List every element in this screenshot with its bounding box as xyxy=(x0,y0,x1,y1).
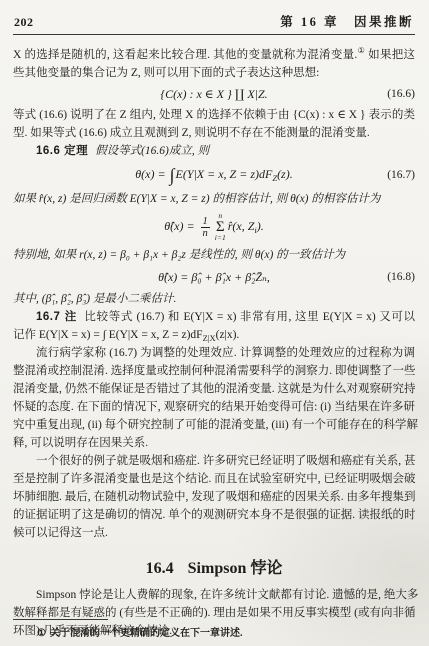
math-run: (z). xyxy=(277,167,293,181)
equation-body: θ̂(x) = β̂₀ + β̂₁x + β̂₂Z̄ₙ, xyxy=(57,270,371,285)
footnote-area: ①关于混淆的一个更精确的定义在下一章讲述. xyxy=(13,619,415,639)
equation-body: {C(x) : x ∈ X } ∐ X|Z. xyxy=(57,87,371,102)
equation-body: θ̂(x) = 1nnΣi=1r̂(x, Zi). xyxy=(13,212,415,242)
equation-estimator-sum: θ̂(x) = 1nnΣi=1r̂(x, Zi). xyxy=(13,208,415,246)
note-paragraph: 16.7 注比较等式 (16.7) 和 E(Y|X = x) 非常有用, 这里 … xyxy=(13,308,415,344)
fraction: 1n xyxy=(201,216,210,239)
fraction-denominator: n xyxy=(201,228,210,239)
chapter-title: 第 16 章 因果推断 xyxy=(280,12,414,30)
footnote-marker-ref: ① xyxy=(357,46,365,55)
footnote-text: 关于混淆的一个更精确的定义在下一章讲述. xyxy=(50,628,243,639)
math-lhs: θ(x) = xyxy=(135,167,168,181)
paragraph-smoking: 一个很好的例子就是吸烟和癌症. 许多研究已经证明了吸烟和癌症有关系, 甚 至是控… xyxy=(13,452,415,542)
math-subscript: Z|X xyxy=(203,333,216,343)
paragraph-line: 等式 (16.6) 说明了在 Z 组内, 处理 X 的选择不依赖于由 {C(x)… xyxy=(13,106,415,124)
paragraph-line: 整混淆或控制混淆. 选择度量或控制何种混淆需要科学的洞察力. 即使调整了一些 xyxy=(13,362,415,380)
theorem-label: 16.6 定理 xyxy=(36,145,88,157)
paragraph-line: 些其他变量的集合记为 Z, 则可以用下面的式子表达这种思想: xyxy=(13,64,415,82)
note-line: 16.7 注比较等式 (16.7) 和 E(Y|X = x) 非常有用, 这里 … xyxy=(13,308,415,326)
paragraph-line: 混淆变量, 仍然不能保证是否错过了其他的混淆变量. 这就是为什么对观察研究持 xyxy=(13,380,415,398)
paragraph-line: 的证据证明了这是确切的情况. 单个的观测研究本身不是很强的证据. 读报纸的时 xyxy=(13,506,415,524)
summation: nΣi=1 xyxy=(215,212,226,242)
theorem-text: 假设等式(16.6)成立, 则 xyxy=(95,145,209,157)
section-title: Simpson 悖论 xyxy=(188,560,283,577)
paragraph-line: 释, 可以说明存在因果关系. xyxy=(13,434,415,452)
footnote-text-line: ①关于混淆的一个更精确的定义在下一章讲述. xyxy=(13,624,415,639)
sigma-sign: Σ xyxy=(216,220,225,234)
equation-16-8: θ̂(x) = β̂₀ + β̂₁x + β̂₂Z̄ₙ, (16.8) xyxy=(13,264,415,290)
section-number: 16.4 xyxy=(146,560,174,577)
paragraph-special-line: 特别地, 如果 r(x, z) = β₀ + β₁x + β₂z 是线性的, 则… xyxy=(13,246,415,264)
paragraph-line: Simpson 悖论是让人费解的现象, 在许多统计文献都有讨论. 遗憾的是, 绝… xyxy=(13,586,415,604)
math-run: E(Y|X = x, Z = z)dF xyxy=(176,167,273,181)
math-lhs: θ̂(x) = xyxy=(164,219,197,233)
paragraph-line: 型. 如果等式 (16.6) 成立且观测到 Z, 则说明不存在不能测量的混淆变量… xyxy=(13,124,415,142)
footnote-rule xyxy=(13,619,108,620)
page-content: 202 第 16 章 因果推断 X 的选择是随机的, 这看起来比较合理. 其他的… xyxy=(0,0,429,640)
math-run: ). xyxy=(257,219,264,233)
theorem-body-line: 如果 r̂(x, z) 是回归函数 E(Y|X = x, Z = z) 的相容估… xyxy=(13,190,415,208)
paragraph-line: 一个很好的例子就是吸烟和癌症. 许多研究已经证明了吸烟和癌症有关系, 甚 xyxy=(13,452,415,470)
text-run: 如果把这 xyxy=(365,49,415,61)
paragraph-line: 候可以记得这一点. xyxy=(13,524,415,542)
equation-number: (16.6) xyxy=(371,88,415,100)
text-run: (z|x). xyxy=(216,329,240,341)
equation-number: (16.8) xyxy=(371,271,415,283)
integral-sign: ∫ xyxy=(169,165,176,185)
paragraph-line: 坏肺细胞. 最后, 在随机动物试验中, 发现了吸烟和癌症的因果关系. 由多年搜集… xyxy=(13,488,415,506)
paragraph-line: 至是控制了许多混淆变量也是这个结论. 而且在试验室研究中, 已经证明吸烟会破 xyxy=(13,470,415,488)
footnote-marker: ① xyxy=(37,628,46,639)
paragraph-line: 流行病学家称 (16.7) 为调整的处理效应. 计算调整的处理效应的过程称为调 xyxy=(13,344,415,362)
paragraph-line: 怀疑的态度. 在下面的情况下, 观察研究的结果开始变得可信: (i) 当结果在许… xyxy=(13,398,415,416)
page-header: 202 第 16 章 因果推断 xyxy=(13,10,415,35)
text-run: 比较等式 (16.7) 和 E(Y|X = x) 非常有用, 这里 E(Y|X … xyxy=(84,311,415,323)
section-heading: 16.4Simpson 悖论 xyxy=(13,555,415,578)
note-line: 记作 E(Y|X = x) = ∫ E(Y|X = x, Z = z)dFZ|X… xyxy=(13,326,415,344)
equation-number: (16.7) xyxy=(371,169,415,181)
paragraph-line: 究中重复出现, (ii) 每个研究控制了可能的混淆变量, (iii) 有一个可能… xyxy=(13,416,415,434)
text-run: X 的选择是随机的, 这看起来比较合理. 其他的变量就称为混淆变量. xyxy=(13,49,357,61)
theorem-heading-line: 16.6 定理假设等式(16.6)成立, 则 xyxy=(13,142,415,160)
text-run: 记作 E(Y|X = x) = ∫ E(Y|X = x, Z = z)dF xyxy=(13,329,203,341)
equation-body: θ(x) = ∫E(Y|X = x, Z = z)dFZ(z). xyxy=(57,165,371,186)
equation-16-6: {C(x) : x ∈ X } ∐ X|Z. (16.6) xyxy=(13,82,415,106)
paragraph-intro: X 的选择是随机的, 这看起来比较合理. 其他的变量就称为混淆变量.① 如果把这… xyxy=(13,46,415,82)
paragraph-line: X 的选择是随机的, 这看起来比较合理. 其他的变量就称为混淆变量.① 如果把这 xyxy=(13,46,415,64)
paragraph-where-line: 其中, (β̂₁, β̂₂, β̂₃) 是最小二乘估计. xyxy=(13,290,415,308)
page-number: 202 xyxy=(14,15,34,30)
paragraph-after-eq: 等式 (16.6) 说明了在 Z 组内, 处理 X 的选择不依赖于由 {C(x)… xyxy=(13,106,415,142)
math-run: r̂(x, Z xyxy=(228,219,255,233)
sum-lower-limit: i=1 xyxy=(215,234,226,242)
note-label: 16.7 注 xyxy=(36,311,77,323)
book-page: 202 第 16 章 因果推断 X 的选择是随机的, 这看起来比较合理. 其他的… xyxy=(0,0,429,646)
paragraph-epidemiology: 流行病学家称 (16.7) 为调整的处理效应. 计算调整的处理效应的过程称为调 … xyxy=(13,344,415,452)
fraction-numerator: 1 xyxy=(201,216,210,228)
equation-16-7: θ(x) = ∫E(Y|X = x, Z = z)dFZ(z). (16.7) xyxy=(13,160,415,190)
